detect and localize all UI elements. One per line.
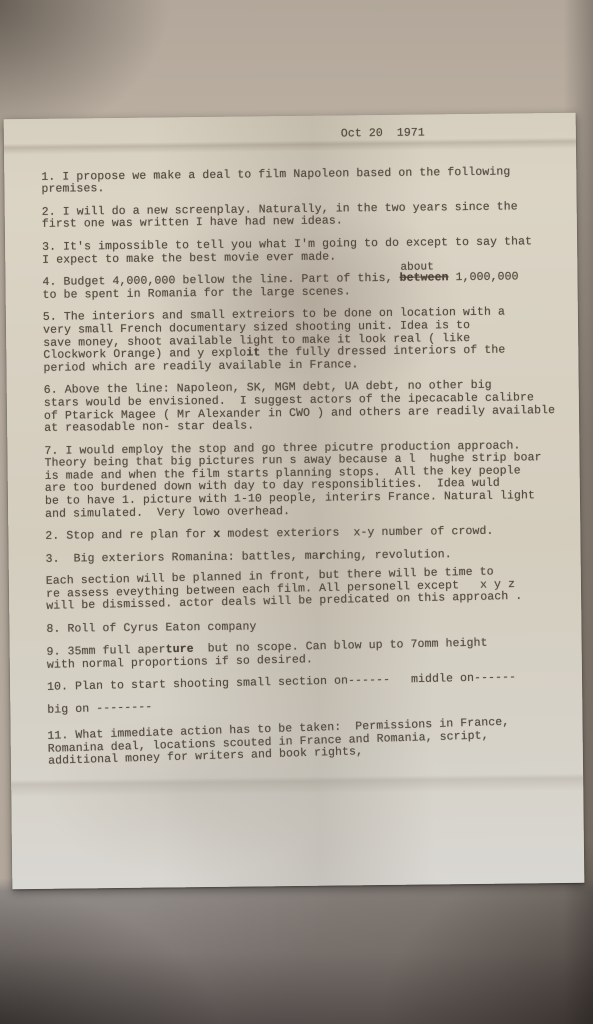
- item-8: 8. Roll of Cyrus Eaton company: [46, 618, 569, 637]
- text-run: 10. Plan to start shooting small section…: [47, 671, 516, 694]
- text-run: 3. It's impossible to tell you what I'm …: [42, 235, 532, 266]
- section-plan-note: Each section will be planned in front, b…: [46, 565, 570, 614]
- item-4: 4. Budget 4,000,000 bellow the line. Par…: [42, 271, 565, 302]
- item-3: 3. It's impossible to tell you what I'm …: [42, 236, 565, 267]
- item-3b: 3. Big exteriors Romanina: battles, marc…: [46, 548, 569, 567]
- item-6: 6. Above the line: Napoleon, SK, MGM deb…: [44, 379, 568, 435]
- text-run: 7. I would employ the stop and go three …: [44, 439, 541, 520]
- text-run: Each section will be planned in front, b…: [46, 566, 523, 614]
- item-5: 5. The interiors and small extreiors to …: [43, 306, 567, 375]
- typed-correction-label: about: [400, 262, 434, 275]
- item-11: 11. What immediate action has to be take…: [47, 715, 571, 769]
- memo: Oct 20 1971 1. I propose we make a deal …: [4, 113, 585, 889]
- item-9: 9. 35mm full aperture but no scope. Can …: [47, 636, 570, 672]
- text-run: modest exteriors x-y number of crowd.: [220, 525, 493, 541]
- paper-sheet: Oct 20 1971 1. I propose we make a deal …: [4, 113, 585, 889]
- item-7: 7. I would employ the stop and go three …: [44, 440, 568, 521]
- text-run: ching, revolution.: [326, 548, 452, 562]
- item-2: 2. I will do a new screenplay. Naturally…: [42, 201, 565, 232]
- text-run: 2. Stop and re plan for: [45, 528, 213, 543]
- corrected-word: aboutbetween: [399, 272, 448, 285]
- memo-date: Oct 20 1971: [341, 126, 564, 141]
- text-run: 3. Big exteriors Romanina: battles, ma: [46, 550, 319, 566]
- text-run: 11. What immediate action has to be take…: [47, 716, 509, 768]
- text-run: 6. Above the line: Napoleon, SK, MGM deb…: [44, 379, 555, 435]
- text-run: 1. I propose we make a deal to film Napo…: [41, 165, 510, 196]
- text-run: big on --------: [47, 700, 152, 716]
- text-run: 8. Roll of Cyrus Eaton company: [46, 621, 256, 636]
- text-run: ture: [165, 643, 193, 657]
- item-1: 1. I propose we make a deal to film Napo…: [41, 166, 564, 197]
- item-2b: 2. Stop and re plan for x modest exterio…: [45, 525, 568, 544]
- document-body: 1. I propose we make a deal to film Napo…: [41, 166, 571, 769]
- text-run: it: [246, 346, 260, 359]
- photo-background: Oct 20 1971 1. I propose we make a deal …: [0, 0, 593, 1024]
- text-run: 2. I will do a new screenplay. Naturally…: [42, 200, 518, 231]
